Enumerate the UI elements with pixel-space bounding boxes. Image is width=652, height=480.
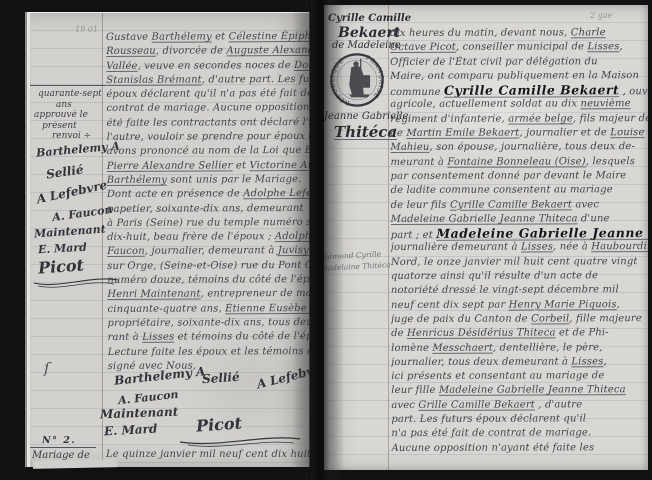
manuscript-line: cinquante-quatre ans, Étienne Eusèbe Mar… — [107, 302, 310, 317]
manuscript-line: leur fille Madeleine Gabrielle Jeanne Th… — [391, 384, 648, 399]
manuscript-line: Maire, ont comparu publiquement en la Ma… — [390, 69, 648, 84]
manuscript-segment: armée belge — [508, 113, 573, 124]
right-page: 2 gae Cyrille Camille Bekaert de Madelei… — [324, 5, 648, 470]
manuscript-line: l'autre, vouloir se prendre pour époux e… — [107, 130, 310, 145]
manuscript-line: à Paris (Seine) rue du temple numéro soi… — [107, 216, 310, 231]
manuscript-line: de Henricus Désidérius Thiteca et de Phi… — [391, 326, 648, 341]
manuscript-segment: quatorze ainsi qu'il résulte d'un acte d… — [391, 270, 598, 282]
manuscript-segment: meurant à — [390, 156, 447, 167]
manuscript-segment: , née à — [553, 242, 591, 253]
manuscript-segment: Barthélemy — [152, 31, 212, 42]
manuscript-segment: Faucon — [107, 246, 145, 257]
pencil-annotation: 2 gae — [590, 11, 612, 20]
manuscript-line: avons prononcé au nom de la Loi que Emil… — [107, 144, 310, 159]
manuscript-segment: et de Phi- — [556, 327, 609, 338]
manuscript-segment: Lecture faite les époux et les témoins o… — [108, 345, 310, 357]
manuscript-line: dix-huit, beau frère de l'époux ; Adolph… — [107, 230, 310, 245]
manuscript-line: propriétaire, soixante-dix ans, tous deu… — [107, 316, 310, 331]
manuscript-segment: Nord, le onze janvier mil huit cent quat… — [391, 256, 638, 268]
manuscript-segment: de — [391, 328, 407, 339]
manuscript-segment: Corbeil — [531, 313, 569, 324]
manuscript-line: journalier, tous deux demeurant à Lisses… — [391, 355, 648, 370]
manuscript-segment: , veuve en secondes noces de — [138, 60, 295, 72]
manuscript-line: contrat de mariage. Aucune opposition n'… — [106, 101, 310, 116]
manuscript-segment: notoriété dressé le vingt-sept décembre … — [391, 285, 619, 297]
manuscript-segment: Victorine Augustine — [249, 159, 310, 171]
margin-approval-note: quarante-septansapprouvé leprésentrenvoi… — [34, 89, 104, 142]
manuscript-segment: , journalier, demeurant à — [145, 246, 278, 258]
manuscript-segment: Lisses — [571, 356, 603, 367]
margin-signature: E. Mard — [38, 241, 87, 257]
manuscript-segment: Henricus Désidérius Thiteca — [407, 328, 556, 340]
manuscript-segment: avec — [572, 199, 599, 210]
margin-title-line: Thitéca — [334, 123, 397, 141]
manuscript-line: époux déclarent qu'il n'a pas été fait d… — [106, 87, 310, 102]
manuscript-segment: , entrepreneur de maçonnerie — [201, 288, 310, 300]
manuscript-segment: sont unis par le Mariage. — [167, 174, 302, 186]
manuscript-segment: leur fille — [391, 385, 439, 396]
manuscript-segment: Lisses — [521, 242, 553, 253]
republique-francaise-seal: RÉPUBLIQUE FRANÇAISE — [328, 51, 386, 109]
manuscript-segment: été faite les contractants ont déclaré l… — [106, 116, 310, 128]
manuscript-line: Lecture faite les époux et les témoins o… — [108, 344, 310, 359]
manuscript-line: commune Cyrille Camille Bekaert , ouvrie… — [390, 83, 648, 98]
clerk-paraph: ſ — [44, 359, 50, 377]
margin-rule — [102, 13, 103, 467]
manuscript-segment: , — [619, 41, 622, 52]
manuscript-segment: Maire, ont comparu publiquement en la Ma… — [390, 70, 639, 82]
manuscript-segment: Cyrille Camille Bekaert — [450, 199, 572, 210]
renvoi-plus-mark: + — [30, 79, 32, 89]
manuscript-segment: Messchaert — [432, 342, 493, 353]
manuscript-line: Stanislas Brémant, d'autre part. Les fut… — [106, 73, 310, 88]
manuscript-segment: agricole, actuellement soldat au dix — [390, 99, 580, 111]
manuscript-line: Mahieu, son épouse, journalière, tous de… — [390, 140, 648, 155]
manuscript-segment: lomène — [391, 342, 432, 353]
manuscript-segment: journalier, tous deux demeurant à — [391, 356, 571, 368]
manuscript-segment: juge de paix du Canton de — [391, 313, 531, 324]
manuscript-line: de Martin Emile Bekaert, journalier et d… — [390, 126, 648, 141]
manuscript-segment: neuf cent dix sept par — [391, 299, 509, 310]
manuscript-segment: dix heures du matin, devant nous, — [390, 27, 571, 39]
manuscript-segment: Adolphe — [275, 231, 310, 242]
manuscript-segment: renvoi ÷ — [52, 131, 91, 141]
manuscript-segment: Madeleine Gabrielle Jeanne Thiteca — [439, 385, 626, 397]
manuscript-line: journalière demeurant à Lisses, née à Ha… — [391, 241, 648, 256]
margin-signature: A. Faucon — [51, 203, 113, 224]
manuscript-line: numéro douze, témoins du côté de l'épous… — [107, 273, 310, 288]
manuscript-segment: , d'autre — [535, 399, 582, 410]
manuscript-segment: avons prononcé au nom de la Loi que Emil… — [107, 145, 310, 157]
manuscript-line: part ; et Madeleine Gabrielle Jeanne Thi… — [391, 226, 648, 241]
act-body-text: dix heures du matin, devant nous, Charle… — [390, 26, 648, 459]
signature-flourish — [32, 273, 120, 289]
manuscript-segment: Madeleine Gabrielle Jeanne Thitéca — [436, 226, 648, 241]
manuscript-segment: part ; et — [391, 230, 437, 241]
manuscript-segment: Fontaine Bonneleau (Oise) — [447, 156, 585, 167]
fold-crease — [322, 0, 323, 480]
manuscript-segment: , journalier et de — [519, 127, 610, 138]
manuscript-segment: n'a pas été fait de contrat de mariage. — [391, 428, 591, 440]
manuscript-line: de ladite commune consentent au mariage — [391, 183, 648, 198]
manuscript-segment: Aucune opposition n'ayant été faite les — [391, 442, 594, 454]
manuscript-segment: Dominique — [294, 59, 310, 70]
manuscript-line: Aucune opposition n'ayant été faite les — [391, 441, 648, 456]
manuscript-line: quatorze ainsi qu'il résulte d'un acte d… — [391, 269, 648, 284]
manuscript-line: juge de paix du Canton de Corbeil, fille… — [391, 312, 648, 327]
manuscript-line: Octave Picot, conseiller municipal de Li… — [390, 40, 648, 55]
manuscript-segment: par consentement donné par devant le Mai… — [391, 170, 627, 182]
margin-title-line: Cyrille Camille — [328, 13, 411, 24]
margin-note-faint: Edmond Cyrille — [324, 249, 381, 261]
manuscript-line: lomène Messchaert, dentellière, le père, — [391, 341, 648, 356]
manuscript-segment: propriétaire, soixante-dix ans, tous deu… — [108, 317, 310, 329]
manuscript-segment: contrat de mariage. Aucune opposition n'… — [106, 102, 310, 114]
manuscript-segment: Barthélemy — [107, 175, 167, 186]
manuscript-line: agricole, actuellement soldat au dix neu… — [390, 98, 648, 113]
left-page: 19 01 + quarante-septansapprouvé leprése… — [30, 12, 310, 467]
manuscript-line: quarante-sept — [38, 89, 104, 100]
manuscript-segment: Mahieu — [390, 142, 429, 153]
manuscript-line: été faite les contractants ont déclaré l… — [106, 116, 310, 131]
act-body-text: Gustave Barthélemy et Célestine Épiphani… — [106, 30, 310, 377]
manuscript-segment: , — [617, 299, 620, 310]
manuscript-line: Vallée, veuve en secondes noces de Domin… — [106, 59, 310, 74]
margin-rule — [388, 5, 389, 470]
manuscript-segment: à Paris (Seine) rue du temple numéro soi… — [107, 217, 310, 229]
act-signature: E. Mard — [104, 422, 158, 439]
manuscript-line: de leur fils Cyrille Camille Bekaert ave… — [391, 198, 648, 213]
manuscript-segment: , ouvrier — [619, 86, 648, 97]
act-number-rule — [30, 447, 96, 448]
manuscript-segment: quarante-sept — [38, 89, 102, 99]
manuscript-segment: dix-huit, beau frère de l'époux ; — [107, 231, 275, 243]
margin-signature: Sellié — [45, 162, 84, 181]
margin-title-line: de Madeleine — [332, 40, 401, 51]
manuscript-segment: Henry Marie Piquois — [509, 299, 617, 310]
manuscript-segment: avec — [391, 400, 418, 411]
pencil-annotation: 19 01 — [75, 25, 98, 34]
manuscript-segment: Stanislas Brémant — [106, 74, 202, 86]
manuscript-line: Nord, le onze janvier mil huit cent quat… — [391, 255, 648, 270]
margin-signature: Maintenant — [34, 223, 106, 241]
manuscript-segment: et — [233, 160, 250, 171]
manuscript-line: rant à Lisses et témoins du côté de l'ép… — [108, 330, 310, 345]
manuscript-segment: Cyrille Camille Bekaert — [444, 83, 619, 98]
manuscript-segment: et — [212, 31, 229, 42]
signature-flourish — [178, 433, 302, 449]
manuscript-segment: Pierre Alexandre Sellier — [107, 160, 233, 172]
manuscript-segment: , fille majeure — [569, 313, 642, 324]
manuscript-line: par consentement donné par devant le Mai… — [390, 169, 648, 184]
next-act-first-line: Le quinze janvier mil neuf cent dix huit… — [106, 449, 310, 460]
manuscript-segment: Rousseau — [106, 46, 156, 57]
manuscript-segment: sur Orge, (Seine-et-Oise) rue du Pont Go… — [107, 260, 310, 272]
manuscript-segment: , divorcée de — [156, 46, 227, 57]
renvoi-tie-line — [30, 85, 106, 86]
manuscript-line: dix heures du matin, devant nous, Charle — [390, 26, 648, 41]
manuscript-segment: Dont acte en présence de — [107, 189, 243, 201]
manuscript-segment: époux déclarent qu'il n'a pas été fait d… — [106, 88, 310, 100]
manuscript-segment: Vallée — [106, 60, 137, 71]
manuscript-line: présent — [42, 121, 104, 132]
manuscript-segment: , lesquels — [586, 156, 635, 167]
manuscript-line: sur Orge, (Seine-et-Oise) rue du Pont Go… — [107, 259, 310, 274]
margin-signature: A Lefebvre — [35, 178, 108, 207]
margin-note-faint: Madelaine Thitéca — [324, 260, 391, 273]
manuscript-segment: , son épouse, journalière, tous deux de- — [430, 142, 636, 154]
manuscript-segment: l'autre, vouloir se prendre pour époux e… — [107, 131, 310, 143]
manuscript-segment: Officier de l'État civil par délégation … — [390, 56, 598, 68]
manuscript-segment: Lisses — [587, 41, 619, 52]
manuscript-line: papetier, soixante-dix ans, demeurant — [107, 201, 310, 216]
manuscript-line: régiment d'infanterie, armée belge, fils… — [390, 112, 648, 127]
manuscript-segment: numéro douze, témoins du côté de l'épous… — [107, 274, 310, 286]
manuscript-segment: Adolphe Lefebvre — [243, 188, 310, 199]
manuscript-segment: Gustave — [106, 32, 152, 43]
manuscript-line: avec Grille Camille Bekaert , d'autre — [391, 398, 648, 413]
manuscript-segment: rant à — [108, 332, 143, 343]
manuscript-segment: ici présents et consentant au mariage de — [391, 370, 604, 382]
manuscript-segment: Haubourdin — [591, 242, 648, 253]
manuscript-line: Barthélemy sont unis par le Mariage. — [107, 173, 310, 188]
manuscript-line: ans — [56, 100, 104, 111]
manuscript-segment: papetier, soixante-dix ans, demeurant — [107, 203, 304, 215]
manuscript-line: notoriété dressé le vingt-sept décembre … — [391, 283, 648, 298]
margin-title-line: Jeanne Gabrielle — [324, 111, 408, 122]
manuscript-line: renvoi ÷ — [52, 131, 104, 142]
manuscript-segment: approuvé le — [34, 110, 88, 120]
manuscript-line: Dont acte en présence de Adolphe Lefebvr… — [107, 187, 310, 202]
manuscript-segment: de ladite commune consentent au mariage — [391, 184, 613, 196]
manuscript-line: approuvé le — [34, 110, 104, 121]
manuscript-segment: Étienne Eusèbe Mard — [225, 302, 310, 314]
manuscript-line: n'a pas été fait de contrat de mariage. — [391, 426, 648, 441]
act-number: N° 2. — [42, 435, 76, 446]
manuscript-line: Madeleine Gabrielle Jeanne Thiteca d'une — [391, 212, 648, 227]
manuscript-segment: et témoins du côté de l'époux. — [174, 331, 310, 343]
margin-title-line: Bekaert — [338, 25, 400, 41]
manuscript-segment: journalière demeurant à — [391, 242, 521, 253]
manuscript-segment: commune — [390, 87, 444, 98]
manuscript-segment: Henri Maintenant — [107, 289, 200, 300]
act-signature: Sellié — [202, 370, 241, 387]
manuscript-line: meurant à Fontaine Bonneleau (Oise), les… — [390, 155, 648, 170]
manuscript-segment: , fils majeur de — [573, 113, 648, 124]
manuscript-segment: Madeleine Gabrielle Jeanne Thiteca — [391, 213, 578, 225]
manuscript-line: Rousseau, divorcée de Auguste Alexandre — [106, 44, 310, 59]
manuscript-segment: Célestine Épiphanie — [229, 31, 310, 43]
manuscript-segment: de leur fils — [391, 199, 450, 210]
manuscript-segment: , d'autre part. Les futurs — [202, 74, 310, 86]
manuscript-line: Gustave Barthélemy et Célestine Épiphani… — [106, 30, 310, 45]
manuscript-segment: cinquante-quatre ans, — [107, 303, 225, 315]
manuscript-segment: Martin Emile Bekaert — [406, 128, 519, 139]
manuscript-segment: Charle — [571, 27, 606, 38]
fold-crease — [309, 0, 310, 480]
manuscript-line: Pierre Alexandre Sellier et Victorine Au… — [107, 159, 310, 174]
manuscript-segment: , dentellière, le père, — [493, 342, 603, 353]
manuscript-segment: , — [603, 356, 606, 367]
manuscript-line: Faucon, journalier, demeurant à Juvisy — [107, 244, 310, 259]
manuscript-segment: Lisses — [142, 332, 174, 343]
manuscript-line: Officier de l'État civil par délégation … — [390, 55, 648, 70]
act-signature: Maintenant — [100, 405, 179, 422]
register-scan: 19 01 + quarante-septansapprouvé leprése… — [0, 0, 652, 480]
manuscript-segment: ans — [56, 100, 72, 110]
manuscript-segment: neuvième — [580, 99, 630, 110]
manuscript-line: Henri Maintenant, entrepreneur de maçonn… — [107, 287, 310, 302]
manuscript-line: ici présents et consentant au mariage de — [391, 369, 648, 384]
manuscript-segment: Auguste Alexandre — [226, 45, 310, 57]
manuscript-segment: d'une — [578, 213, 610, 224]
manuscript-segment: Juvisy — [278, 245, 309, 256]
act-type-label: Mariage de — [32, 450, 90, 461]
manuscript-segment: part. Les futurs époux déclarent qu'il — [391, 413, 586, 425]
manuscript-segment: Louise — [610, 127, 644, 138]
manuscript-line: part. Les futurs époux déclarent qu'il — [391, 412, 648, 427]
manuscript-segment: présent — [42, 121, 77, 131]
manuscript-segment: Grille Camille Bekaert — [418, 399, 535, 410]
manuscript-line: neuf cent dix sept par Henry Marie Piquo… — [391, 298, 648, 313]
manuscript-segment: , conseiller municipal de — [456, 42, 587, 53]
